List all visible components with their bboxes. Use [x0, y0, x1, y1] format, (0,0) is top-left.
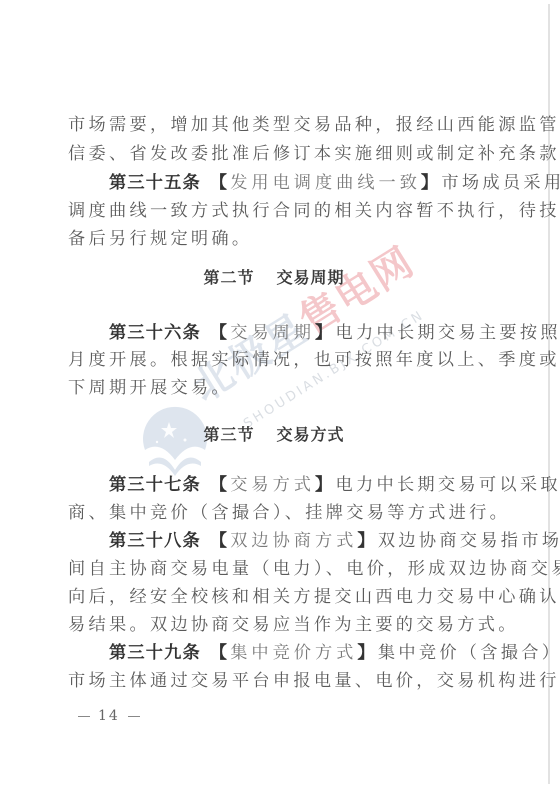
article-number: 第三十八条 — [109, 531, 201, 551]
article-number: 第三十九条 — [109, 643, 201, 663]
bracket-open: 【 — [210, 475, 231, 495]
body-line: 向后，经安全校核和相关方提交山西电力交易中心确认后形成交 — [68, 583, 480, 611]
section-number: 第三节 — [203, 425, 254, 444]
body-line: 月度开展。根据实际情况，也可按照年度以上、季度或者月度以 — [68, 346, 480, 374]
article-35-heading-line: 第三十五条 【发用电调度曲线一致】市场成员采用发用电 — [109, 169, 480, 197]
article-title: 交易周期 — [230, 323, 315, 343]
dash-left — [78, 716, 90, 717]
article-text: 市场成员采用发用电 — [441, 173, 560, 193]
article-number: 第三十六条 — [109, 323, 201, 343]
article-title: 交易方式 — [230, 475, 315, 495]
article-text: 电力中长期交易主要按照年度和 — [335, 323, 560, 343]
article-number: 第三十五条 — [109, 173, 201, 193]
article-text: 集中竞价（含撮合）交易指 — [378, 643, 560, 663]
bracket-close: 】 — [421, 173, 442, 193]
bracket-open: 【 — [210, 531, 231, 551]
body-line: 易结果。双边协商交易应当作为主要的交易方式。 — [68, 611, 480, 639]
body-line: 间自主协商交易电量（电力）、电价，形成双边协商交易初步意 — [68, 555, 480, 583]
article-37-heading-line: 第三十七条 【交易方式】电力中长期交易可以采取双边协 — [109, 471, 480, 499]
body-line: 市场主体通过交易平台申报电量、电价，交易机构进行市场出清 — [68, 667, 480, 695]
page-number-value: 14 — [98, 708, 120, 724]
bracket-close: 】 — [357, 531, 378, 551]
section-name: 交易周期 — [277, 268, 345, 287]
article-38-heading-line: 第三十八条 【双边协商方式】双边协商交易指市场主体之 — [109, 527, 480, 555]
body-line: 信委、省发改委批准后修订本实施细则或制定补充条款。 — [68, 140, 480, 168]
bracket-open: 【 — [210, 323, 231, 343]
body-line: 商、集中竞价（含撮合）、挂牌交易等方式进行。 — [68, 499, 480, 527]
bracket-open: 【 — [210, 173, 231, 193]
article-number: 第三十七条 — [109, 475, 201, 495]
bracket-close: 】 — [357, 643, 378, 663]
section-title: 第二节交易周期 — [0, 264, 548, 292]
bracket-close: 】 — [315, 475, 336, 495]
article-title: 集中竞价方式 — [230, 643, 357, 663]
body-line: 调度曲线一致方式执行合同的相关内容暂不执行，待技术条件具 — [68, 197, 480, 225]
article-text: 电力中长期交易可以采取双边协 — [335, 475, 560, 495]
article-title: 双边协商方式 — [230, 531, 357, 551]
article-39-heading-line: 第三十九条 【集中竞价方式】集中竞价（含撮合）交易指 — [109, 639, 480, 667]
section-number: 第二节 — [203, 268, 254, 287]
bracket-close: 】 — [315, 323, 336, 343]
section-name: 交易方式 — [277, 425, 345, 444]
body-line: 备后另行规定明确。 — [68, 225, 480, 253]
bracket-open: 【 — [210, 643, 231, 663]
article-text: 双边协商交易指市场主体之 — [378, 531, 560, 551]
body-line: 市场需要，增加其他类型交易品种，报经山西能源监管办、省经 — [68, 111, 480, 139]
page-number: 14 — [70, 708, 148, 724]
section-title: 第三节交易方式 — [0, 421, 548, 449]
body-line: 下周期开展交易。 — [68, 374, 480, 402]
article-36-heading-line: 第三十六条 【交易周期】电力中长期交易主要按照年度和 — [109, 319, 480, 347]
dash-right — [128, 716, 140, 717]
article-title: 发用电调度曲线一致 — [230, 173, 421, 193]
